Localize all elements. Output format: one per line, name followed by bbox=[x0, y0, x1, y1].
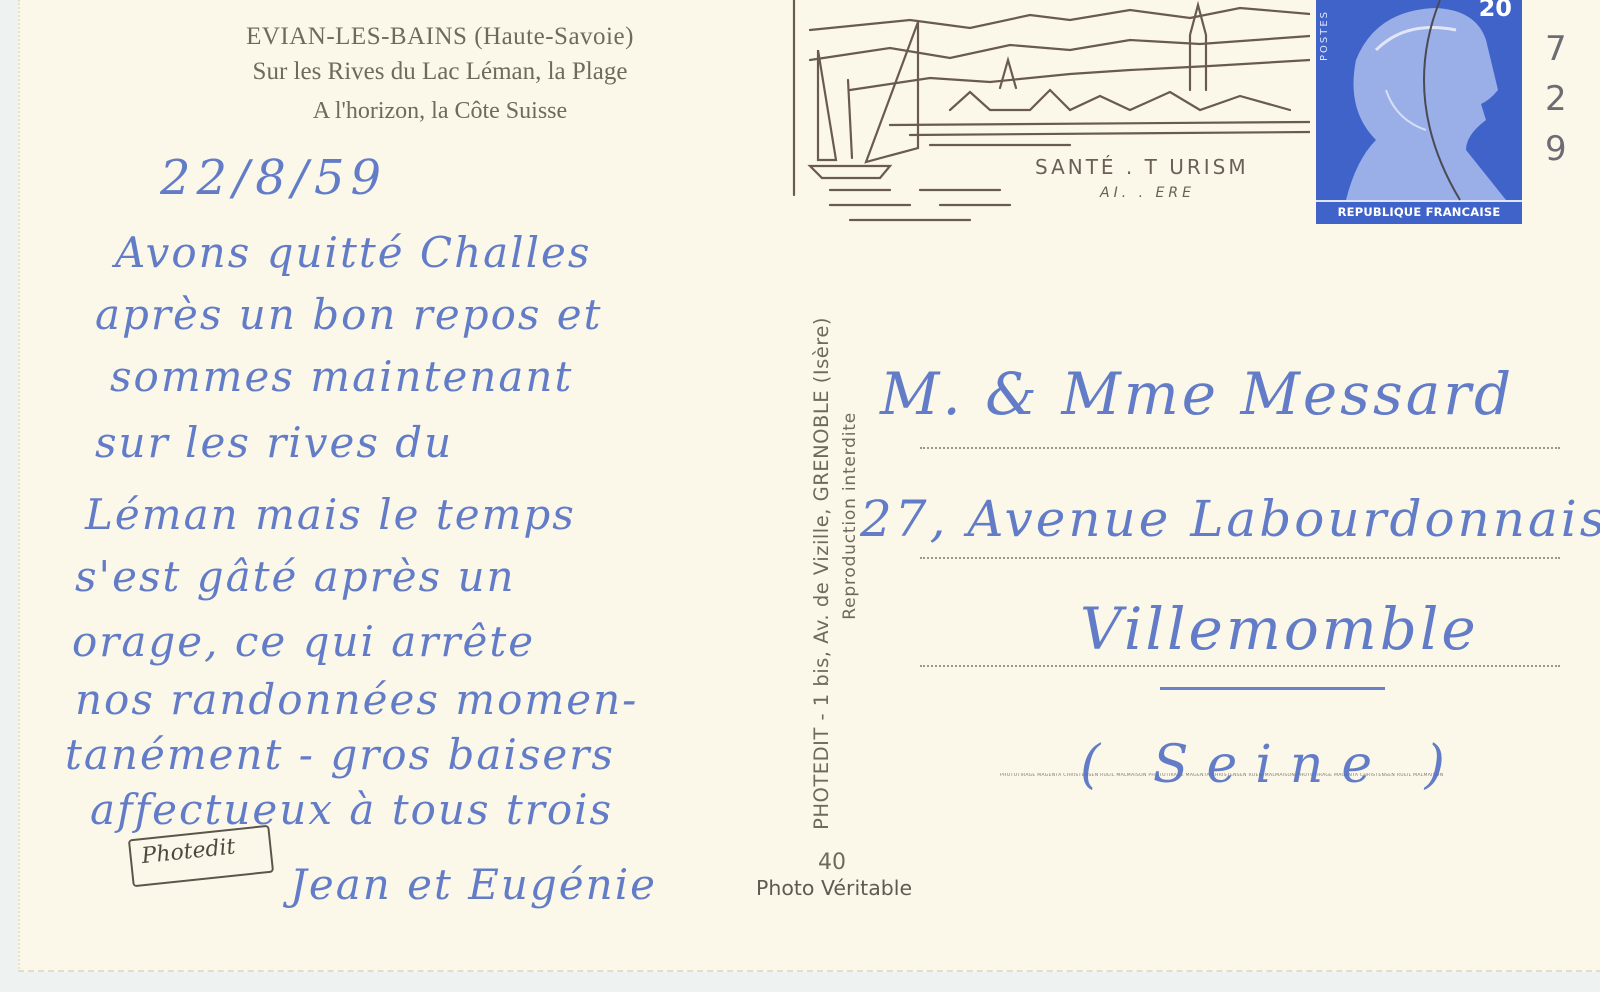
message-line: sommes maintenant bbox=[110, 352, 573, 401]
city-underline bbox=[1160, 687, 1385, 690]
recipient-city: Villemomble bbox=[1080, 595, 1479, 663]
recipient-street: 27, Avenue Labourdonnais bbox=[860, 490, 1600, 548]
postmark-slogan: SANTÉ . T URISM bbox=[1035, 155, 1249, 179]
message-line: Léman mais le temps bbox=[85, 490, 576, 539]
caption-subtitle-2: A l'horizon, la Côte Suisse bbox=[120, 92, 760, 130]
caption-title: EVIAN-LES-BAINS (Haute-Savoie) bbox=[120, 22, 760, 52]
address-line-1 bbox=[920, 447, 1560, 449]
address-line-2 bbox=[920, 557, 1560, 559]
handwritten-date: 22/8/59 bbox=[160, 150, 387, 206]
message-line: tanément - gros baisers bbox=[65, 730, 615, 779]
svg-text:7: 7 bbox=[1545, 29, 1567, 69]
message-line: Avons quitté Challes bbox=[115, 228, 591, 277]
printed-caption: EVIAN-LES-BAINS (Haute-Savoie) Sur les R… bbox=[120, 22, 760, 130]
svg-text:2: 2 bbox=[1545, 79, 1567, 119]
message-line: après un bon repos et bbox=[95, 290, 603, 339]
message-signature: Jean et Eugénie bbox=[290, 860, 657, 909]
reproduction-notice: Reproduction interdite bbox=[840, 412, 860, 620]
publisher-imprint: PHOTEDIT - 1 bis, Av. de Vizille, GRENOB… bbox=[808, 190, 868, 830]
photedit-logo-text: Photedit bbox=[140, 834, 236, 869]
postmark-slogan-2: AI. . ERE bbox=[1100, 185, 1195, 201]
photo-veritable-label: Photo Véritable bbox=[756, 876, 912, 900]
address-line-3 bbox=[920, 665, 1560, 667]
svg-text:9: 9 bbox=[1545, 129, 1567, 169]
recipient-name: M. & Mme Messard bbox=[880, 360, 1514, 428]
publisher-address: PHOTEDIT - 1 bis, Av. de Vizille, GRENOB… bbox=[810, 317, 833, 830]
message-line: affectueux à tous trois bbox=[90, 785, 613, 834]
message-line: sur les rives du bbox=[95, 418, 453, 467]
caption-subtitle: Sur les Rives du Lac Léman, la Plage bbox=[120, 52, 760, 92]
message-line: orage, ce qui arrête bbox=[72, 617, 535, 666]
card-number: 40 bbox=[818, 850, 846, 875]
message-line: nos randonnées momen- bbox=[75, 675, 638, 724]
recipient-department: ( Seine ) bbox=[1080, 735, 1463, 795]
message-line: s'est gâté après un bbox=[75, 552, 516, 601]
date-cancellation-icon: 7 2 9 bbox=[1420, 0, 1600, 230]
